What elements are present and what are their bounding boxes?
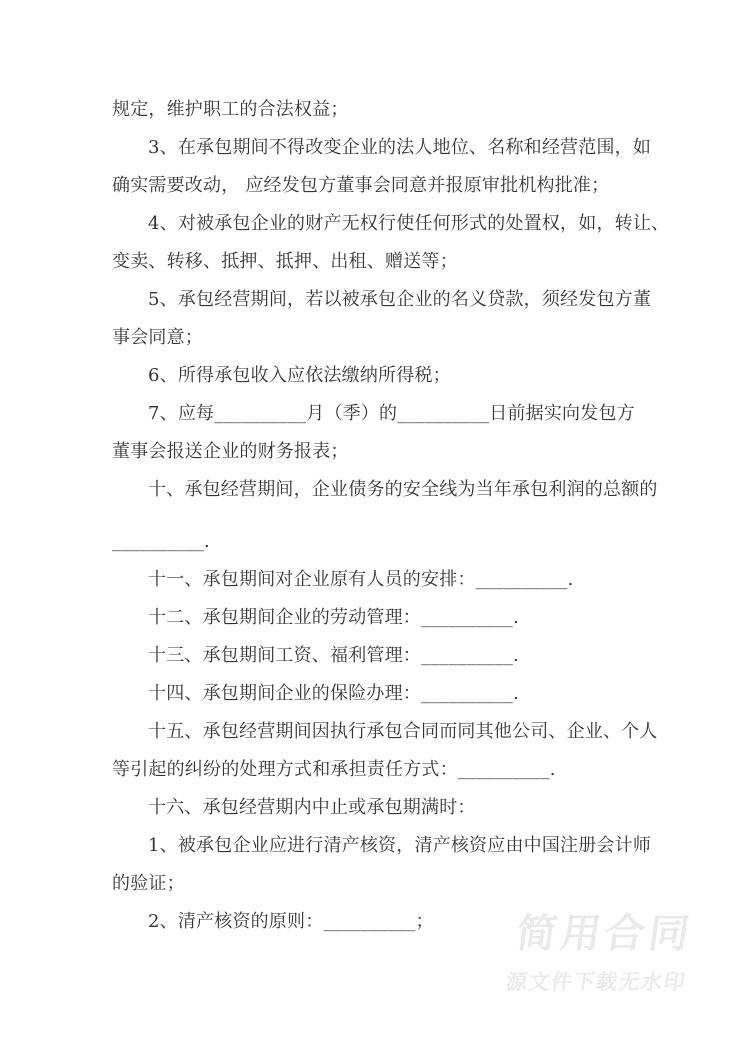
doc-line: 确实需要改动， 应经发包方董事会同意并报原审批机构批准； [112, 167, 640, 205]
contract-document-page: 规定，维护职工的合法权益； 3、在承包期间不得改变企业的法人地位、名称和经营范围… [0, 0, 742, 1049]
doc-line: 十一、承包期间对企业原有人员的安排：__________. [112, 561, 640, 599]
document-body: 规定，维护职工的合法权益； 3、在承包期间不得改变企业的法人地位、名称和经营范围… [112, 91, 640, 941]
doc-line: 事会同意； [112, 319, 640, 357]
doc-line: 7、应每__________月（季）的__________日前据实向发包方 [112, 395, 640, 433]
watermark: 简用合同 源文件下载无水印 [504, 912, 696, 996]
watermark-tagline-text: 源文件下载无水印 [504, 966, 688, 996]
doc-line: 6、所得承包收入应依法缴纳所得税； [112, 357, 640, 395]
doc-line: 十六、承包经营期内中止或承包期满时： [112, 789, 640, 827]
doc-line: 规定，维护职工的合法权益； [112, 91, 640, 129]
doc-blank-line: __________. [112, 523, 640, 561]
doc-line: 3、在承包期间不得改变企业的法人地位、名称和经营范围，如 [112, 129, 640, 167]
doc-line: 十、承包经营期间，企业债务的安全线为当年承包利润的总额的 [112, 471, 640, 509]
doc-line: 十二、承包期间企业的劳动管理：__________. [112, 599, 640, 637]
doc-line: 5、承包经营期间，若以被承包企业的名义贷款，须经发包方董 [112, 281, 640, 319]
doc-line: 4、对被承包企业的财产无权行使任何形式的处置权，如，转让、 [112, 205, 640, 243]
doc-line: 1、被承包企业应进行清产核资，清产核资应由中国注册会计师 [112, 827, 640, 865]
doc-line: 十三、承包期间工资、福利管理：__________. [112, 637, 640, 675]
doc-line: 十四、承包期间企业的保险办理：__________. [112, 675, 640, 713]
doc-line: 董事会报送企业的财务报表； [112, 433, 640, 471]
watermark-brand-text: 简用合同 [510, 912, 696, 956]
doc-line: 变卖、转移、抵押、抵押、出租、赠送等； [112, 243, 640, 281]
doc-line: 等引起的纠纷的处理方式和承担责任方式：__________. [112, 751, 640, 789]
doc-line: 十五、承包经营期间因执行承包合同而同其他公司、企业、个人 [112, 713, 640, 751]
doc-line: 的验证； [112, 865, 640, 903]
